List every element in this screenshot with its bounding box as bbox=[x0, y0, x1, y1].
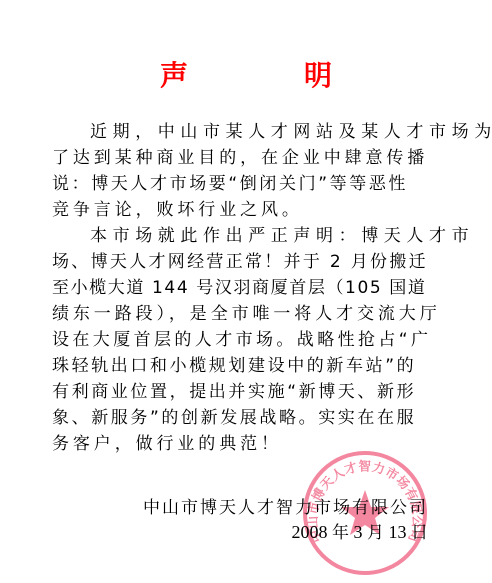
text-line: 至小榄大道 144 号汉羽商厦首层（105 国道 bbox=[52, 275, 432, 301]
date-year-unit: 年 bbox=[332, 523, 349, 543]
text-line: 绩东一路段），是全市唯一将人才交流大厅 bbox=[52, 301, 432, 327]
paragraph-2: 本市场就此作出严正声明：博天人才市 场、博天人才网经营正常！并于 2 月份搬迁 … bbox=[52, 223, 432, 457]
text-line: 珠轻轨出口和小榄规划建设中的新车站”的 bbox=[52, 353, 432, 379]
text-line: 本市场就此作出严正声明：博天人才市 bbox=[52, 223, 432, 249]
date-day: 13 bbox=[389, 522, 407, 542]
text-line: 竞争言论，败坏行业之风。 bbox=[52, 197, 432, 223]
text-line: 象、新服务”的创新发展战略。实实在在服 bbox=[52, 405, 432, 431]
signature-block: 中山市博天人才智力市场有限公司 2008 年 3 月 13 日 bbox=[143, 496, 428, 545]
company-name: 中山市博天人才智力市场有限公司 bbox=[143, 496, 428, 520]
date-month: 3 bbox=[354, 522, 363, 542]
statement-body: 近期，中山市某人才网站及某人才市场为 了达到某种商业目的，在企业中肆意传播 说：… bbox=[52, 119, 432, 457]
paragraph-1: 近期，中山市某人才网站及某人才市场为 了达到某种商业目的，在企业中肆意传播 说：… bbox=[52, 119, 432, 223]
date-month-unit: 月 bbox=[367, 523, 384, 543]
text-line: 近期，中山市某人才网站及某人才市场为 bbox=[52, 119, 432, 145]
text-line: 说：博天人才市场要“倒闭关门”等等恶性 bbox=[52, 171, 432, 197]
signature-date: 2008 年 3 月 13 日 bbox=[143, 520, 428, 545]
date-year: 2008 bbox=[292, 522, 328, 542]
text-line: 场、博天人才网经营正常！并于 2 月份搬迁 bbox=[52, 249, 432, 275]
text-line: 有利商业位置，提出并实施“新博天、新形 bbox=[52, 379, 432, 405]
date-day-unit: 日 bbox=[411, 523, 428, 543]
text-line: 设在大厦首层的人才市场。战略性抢占“广 bbox=[52, 327, 432, 353]
text-line: 务客户，做行业的典范！ bbox=[52, 431, 432, 457]
page-title: 声 明 bbox=[0, 60, 492, 92]
text-line: 了达到某种商业目的，在企业中肆意传播 bbox=[52, 145, 432, 171]
